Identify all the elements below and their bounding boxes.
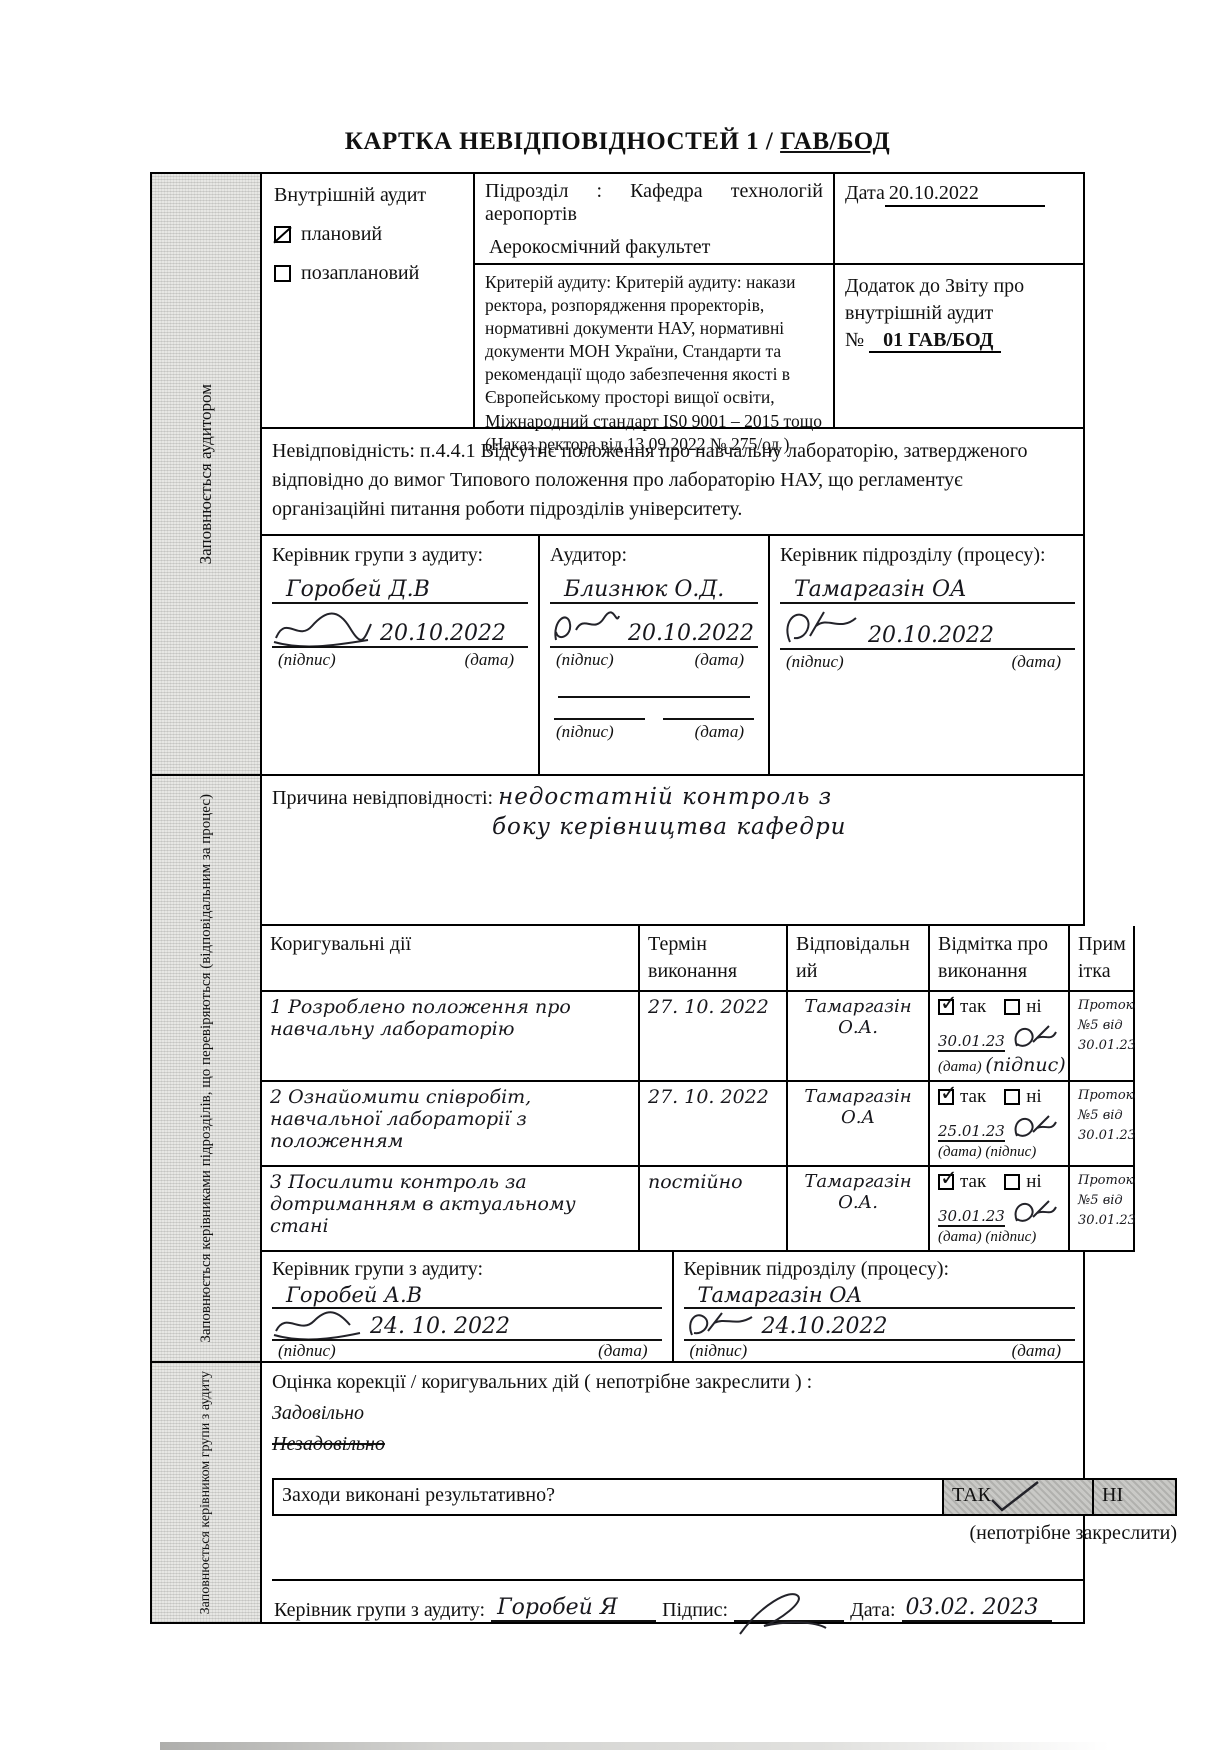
final-date: 03.02. 2023 [902,1595,1052,1622]
date-label: Дата [845,182,885,204]
nonconformity-form: Заповнюється аудитором Внутрішній аудит … [150,172,1085,1624]
check-icon: ✓ [940,992,958,1015]
no-checkbox[interactable] [1004,1089,1020,1105]
cause-label: Причина невідповідності: [272,787,493,809]
unplanned-checkbox[interactable] [274,265,291,282]
sidebar-units-label: Заповнюється керівниками підрозділів, що… [196,794,216,1343]
signature-squiggle [550,606,620,646]
sidebar-section-units: Заповнюється керівниками підрозділів, що… [152,776,262,1363]
unplanned-label: позаплановий [301,262,419,285]
date-cell: Дата20.10.2022 [835,174,1085,265]
table-row-1-responsible: Тамаргазін О.А. [788,992,930,1082]
no-label: ні [1026,1171,1041,1193]
audit-header-row: Внутрішній аудит плановий позаплановий П… [262,174,1085,429]
final-date-label: Дата: [850,1599,895,1622]
sig-auditor-label: Аудитор: [550,544,758,567]
cause-row: Причина невідповідності: недостатній кон… [262,776,1085,926]
table-row-2-mark: ✓ так ні 25.01.23 (дата) (підпис) [930,1082,1070,1167]
yes-checkbox[interactable]: ✓ [938,999,954,1015]
evaluation-satisfactory: Задовільно [272,1402,1085,1425]
check-icon: ✓ [940,1082,958,1105]
annex-no-label: № [845,329,864,351]
planned-label: плановий [301,223,382,246]
table-row-2-responsible: Тамаргазін О.А [788,1082,930,1167]
sig2-head-date: 24.10.2022 [762,1314,888,1339]
table-row-2-term: 27. 10. 2022 [640,1082,788,1167]
sig-lead-captions: (підпис) (дата) [272,648,528,670]
answer-yes-cell[interactable]: ТАК [942,1480,1092,1514]
sig-auditor-captions-2: (підпис) (дата) [550,720,758,742]
criteria-cell: Критерій аудиту: Критерій аудиту: накази… [475,265,835,427]
final-signature-line [734,1620,844,1622]
signature-squiggle [1009,1197,1057,1227]
table-row-1-note: Протокол №5 від 30.01.23 [1070,992,1135,1082]
no-label: НІ [1102,1484,1123,1506]
caption-sign: (підпис) [278,1341,336,1361]
no-checkbox[interactable] [1004,999,1020,1015]
signature-squiggle [1009,1022,1057,1052]
table-row-1-action: 1 Розроблено поло­ження про навчаль­ну л… [262,992,640,1082]
sig-head-signature-line: 20.10.2022 [780,606,1075,650]
sig2-lead-signature-line: 24. 10. 2022 [272,1309,662,1341]
sig-lead-auditor-block: Керівник групи з аудиту: Горобей Д.В 20.… [262,536,540,774]
caption-sign: (підпис) [985,1144,1036,1160]
table-row-1-term: 27. 10. 2022 [640,992,788,1082]
cause-text-1: недостатній контроль з [498,784,832,810]
mark-date: 30.01.23 [938,1032,1005,1052]
sig-lead-name: Горобей Д.В [272,571,528,604]
section-auditor: Внутрішній аудит плановий позаплановий П… [262,174,1085,776]
signature-squiggle [1009,1112,1057,1142]
signature-squiggle [684,1309,754,1339]
planned-checkbox[interactable] [274,226,291,243]
sig2-lead-block: Керівник групи з аудиту: Горобей А.В 24.… [262,1252,674,1361]
col-header-note: Примітка [1070,926,1135,992]
annex-cell: Додаток до Звіту про внутрішній аудит № … [835,265,1085,427]
sig2-head-captions: (підпис) (дата) [684,1341,1076,1361]
final-label: Керівник групи з аудиту: [274,1599,485,1622]
sidebar-section-lead: Заповнюється керівником групи з аудиту [152,1363,262,1622]
caption-sign: (підпис) [985,1054,1065,1076]
sig2-lead-label: Керівник групи з аудиту: [272,1258,662,1281]
yes-checkbox[interactable]: ✓ [938,1089,954,1105]
sig-auditor-block: Аудитор: Близнюк О.Д. 20.10.2022 (підпис… [540,536,770,774]
col-header-responsible: Відповідальний [788,926,930,992]
effectiveness-strip: Заходи виконані результативно? ТАК НІ [272,1478,1177,1516]
audit-type-label: Внутрішній аудит [274,184,465,207]
sig-head-date: 20.10.2022 [868,623,994,648]
corrective-actions-table: Коригувальні дії Термін виконання Відпов… [262,926,1135,1252]
sig2-head-label: Керівник підрозділу (процесу): [684,1258,1076,1281]
caption-date: (дата) [465,650,514,670]
signature-squiggle [720,1586,830,1638]
table-row-3-action: 3 Посилити контроль за дотриманням в акт… [262,1167,640,1250]
unit-line: Підрозділ : Кафедра технологій аеропорті… [485,180,823,226]
sig-lead-signature-line: 20.10.2022 [272,606,528,648]
table-row-1-mark: ✓ так ні 30.01.23 (дата) (підпис) [930,992,1070,1082]
caption-sign: (підпис) [556,650,614,670]
table-row-2-note: Протокол №5 від 30.01.23 [1070,1082,1135,1167]
annex-no-value: 01 ГАВ/БОД [869,329,1001,353]
handwritten-check-icon [986,1480,1046,1514]
final-name: Горобей Я [491,1595,656,1622]
col-header-mark: Відмітка про виконання [930,926,1070,992]
sig2-head-signature-line: 24.10.2022 [684,1309,1076,1341]
signature-squiggle [272,1309,362,1339]
yes-label: так [960,1171,986,1193]
sig-auditor-captions: (підпис) (дата) [550,648,758,670]
signature-squiggle [780,606,860,648]
nonconformity-text: Невідповідність: п.4.4.1 Відсутнє положе… [262,429,1085,536]
sig-auditor-date: 20.10.2022 [628,621,754,646]
page-title: КАРТКА НЕВІДПОВІДНОСТЕЙ 1 / ГАВ/БОД [345,128,890,155]
table-row-3-responsible: Тамаргазін О.А. [788,1167,930,1250]
evaluation-title: Оцінка корекції / коригувальних дій ( не… [272,1371,1085,1394]
page-title-text: КАРТКА НЕВІДПОВІДНОСТЕЙ 1 / [345,128,774,155]
signatures-row-1: Керівник групи з аудиту: Горобей Д.В 20.… [262,536,1085,774]
title-wrap: КАРТКА НЕВІДПОВІДНОСТЕЙ 1 / ГАВ/БОД [150,128,1085,156]
planned-row: плановий [274,223,465,246]
faculty-line: Аерокосмічний факультет [485,236,823,259]
table-row-3-note: Протокол №5 від 30.01.23 [1070,1167,1135,1250]
caption-sign: (підпис) [690,1341,748,1361]
audit-type-cell: Внутрішній аудит плановий позаплановий [262,174,475,427]
effectiveness-question: Заходи виконані результативно? [274,1480,942,1514]
unit-cell: Підрозділ : Кафедра технологій аеропорті… [475,174,835,265]
yes-checkbox[interactable]: ✓ [938,1174,954,1190]
signature-squiggle [272,606,372,646]
cause-text-2: боку керівництва кафедри [492,814,1075,840]
mark-date: 30.01.23 [938,1207,1005,1227]
evaluation-unsatisfactory: Незадовільно [272,1433,1085,1456]
check-icon: ✓ [940,1167,958,1190]
final-signature-row: Керівник групи з аудиту: Горобей Я Підпи… [272,1579,1085,1622]
sig2-lead-captions: (підпис) (дата) [272,1341,662,1361]
no-checkbox[interactable] [1004,1174,1020,1190]
sidebar-auditor-label: Заповнюється аудитором [195,384,218,564]
caption-date: (дата) [938,1229,982,1245]
annex-text: Додаток до Звіту про внутрішній аудит [845,273,1077,327]
yes-label: так [960,1086,986,1108]
sig-head-block: Керівник підрозділу (процесу): Тамаргазі… [770,536,1085,774]
mark-date: 25.01.23 [938,1122,1005,1142]
table-row-3-term: постійно [640,1167,788,1250]
sig-auditor-name: Близнюк О.Д. [550,571,758,604]
date-value: 20.10.2022 [885,182,1045,207]
yes-label: так [960,996,986,1018]
table-row-2-action: 2 Ознайомити спів­робіт, навчальної ла­б… [262,1082,640,1167]
no-label: ні [1026,996,1041,1018]
sig-lead-label: Керівник групи з аудиту: [272,544,528,567]
sig2-lead-date: 24. 10. 2022 [370,1314,510,1339]
caption-sign: (підпис) [556,722,614,742]
caption-date: (дата) [938,1144,982,1160]
caption-date: (дата) [695,650,744,670]
caption-date: (дата) [938,1059,982,1075]
sig2-head-block: Керівник підрозділу (процесу): Тамаргазі… [674,1252,1086,1361]
caption-date: (дата) [598,1341,647,1361]
title-code: ГАВ/БОД [780,128,890,155]
col-header-term: Термін виконання [640,926,788,992]
section-lead: Оцінка корекції / коригувальних дій ( не… [262,1363,1085,1622]
strike-note: (непотрібне закреслити) [272,1522,1177,1545]
sig-head-captions: (підпис) (дата) [780,650,1075,672]
scan-artifact-bottom [160,1742,1110,1750]
sig-auditor-signature-line: 20.10.2022 [550,606,758,648]
answer-no-cell[interactable]: НІ [1092,1480,1175,1514]
caption-sign: (підпис) [278,650,336,670]
sig-head-name: Тамаргазін ОА [780,571,1075,604]
col-header-action: Коригувальні дії [262,926,640,992]
unplanned-row: позаплановий [274,262,465,285]
caption-date: (дата) [1012,1341,1061,1361]
table-row-3-mark: ✓ так ні 30.01.23 (дата) (підпис) [930,1167,1070,1250]
sig-head-label: Керівник підрозділу (процесу): [780,544,1075,567]
scanned-document-page: КАРТКА НЕВІДПОВІДНОСТЕЙ 1 / ГАВ/БОД Запо… [0,0,1232,1752]
section-units: Причина невідповідності: недостатній кон… [262,776,1085,1363]
caption-date: (дата) [1012,652,1061,672]
caption-date: (дата) [695,722,744,742]
signatures-row-2: Керівник групи з аудиту: Горобей А.В 24.… [262,1252,1085,1361]
no-label: ні [1026,1086,1041,1108]
sidebar-lead-label: Заповнюється керівником групи з аудиту [197,1371,216,1614]
final-sign-label: Підпис: [662,1599,728,1622]
caption-sign: (підпис) [985,1229,1036,1245]
sidebar-section-auditor: Заповнюється аудитором [152,174,262,776]
sig-lead-date: 20.10.2022 [380,621,506,646]
sig2-head-name: Тамаргазін ОА [684,1281,1076,1309]
caption-sign: (підпис) [786,652,844,672]
sig2-lead-name: Горобей А.В [272,1281,662,1309]
